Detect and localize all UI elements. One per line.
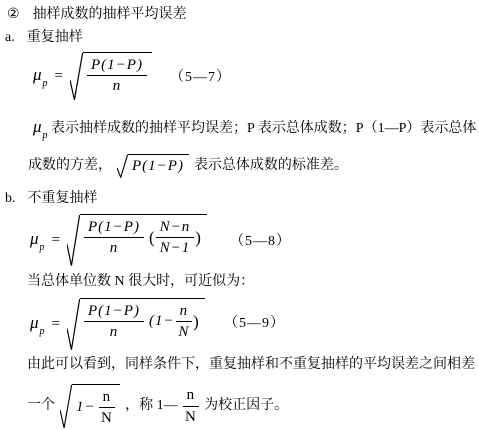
- correction-factor-line: 一个 1− n N ，称 1— n N 为校正因子。: [27, 382, 288, 430]
- radicand-fraction-numerator: n: [99, 388, 116, 409]
- radical-icon: [60, 384, 72, 429]
- correction-pre: 一个: [27, 397, 55, 415]
- close-paren: ): [195, 228, 201, 248]
- correction-fraction: n N: [183, 386, 200, 427]
- radicand-text: P(1−P): [132, 157, 184, 176]
- radicand: P(1−P) n: [83, 52, 152, 97]
- mu-symbol: μp: [33, 65, 48, 87]
- heading: ② 抽样成数的抽样平均误差: [7, 6, 187, 24]
- radicand: P(1−P) n ( N−n N−1 ): [80, 214, 207, 259]
- definition-line-1: μp 表示抽样成数的抽样平均误差；P 表示总体成数；P（1—P）表示总体: [33, 116, 476, 140]
- section-a-marker: a.: [5, 29, 15, 47]
- radical-icon: [67, 298, 80, 351]
- fraction-2-denominator: N: [178, 322, 189, 342]
- formula-5-7-label: （5—7）: [170, 66, 231, 86]
- equals-sign: =: [52, 316, 60, 333]
- close-paren: ): [193, 312, 199, 332]
- section-b-label: 不重复抽样: [28, 190, 98, 208]
- correction-post: 为校正因子。: [204, 397, 288, 415]
- correction-mid: ，称 1—: [125, 397, 178, 415]
- fraction-1-denominator: n: [110, 238, 119, 258]
- fraction-1-numerator: P(1−P): [84, 218, 144, 239]
- open-paren: (1−: [149, 313, 175, 330]
- radicand: 1− n N: [72, 384, 120, 429]
- equals-sign: =: [55, 68, 63, 85]
- equals-sign: =: [52, 232, 60, 249]
- radical-icon: [70, 52, 83, 101]
- mu-subscript: p: [43, 130, 48, 141]
- mu-subscript: p: [40, 242, 45, 253]
- correction-fraction-numerator: n: [183, 386, 200, 407]
- inline-square-root: P(1−P): [117, 154, 189, 178]
- radicand: P(1−P) n (1− n N ): [80, 298, 205, 343]
- formula-5-7: μp = P(1−P) n: [33, 51, 152, 101]
- heading-text: 抽样成数的抽样平均误差: [33, 6, 187, 24]
- fraction-2: n N: [176, 302, 193, 343]
- correction-fraction-denominator: N: [185, 407, 197, 427]
- radicand-fraction: n N: [99, 388, 116, 429]
- section-a-label: 重复抽样: [27, 29, 83, 47]
- square-root: P(1−P) n: [70, 52, 152, 101]
- mu-subscript: p: [40, 326, 45, 337]
- fraction-2-numerator: n: [176, 302, 193, 323]
- radical-icon: [67, 214, 80, 267]
- formula-5-8: μp = P(1−P) n ( N−n N−1 ): [30, 213, 207, 267]
- fraction-denominator: n: [113, 76, 122, 96]
- fraction-1: P(1−P) n: [84, 302, 144, 343]
- formula-5-9-label: （5—9）: [224, 312, 285, 332]
- fraction-2: N−n N−1: [156, 218, 195, 259]
- radicand-fraction-denominator: N: [101, 408, 113, 428]
- inline-square-root: 1− n N: [60, 384, 120, 429]
- fraction-2-numerator: N−n: [156, 218, 195, 239]
- radicand: P(1−P): [128, 154, 189, 176]
- radicand-prefix: 1−: [76, 398, 96, 417]
- formula-5-9: μp = P(1−P) n (1− n N ): [30, 297, 205, 351]
- section-a-title: a. 重复抽样: [5, 29, 83, 47]
- fraction-1-denominator: n: [110, 322, 119, 342]
- parenthesized-factor: (1− n N ): [148, 302, 200, 343]
- formula-5-8-label: （5—8）: [230, 230, 291, 250]
- approx-note: 当总体单位数 N 很大时，可近似为：: [27, 273, 254, 291]
- definition-line-2: 成数的方差， P(1−P) 表示总体成数的标准差。: [28, 151, 348, 181]
- mu-symbol: μp: [33, 121, 48, 136]
- radical-icon: [117, 154, 128, 178]
- square-root: P(1−P) n ( N−n N−1 ): [67, 214, 207, 267]
- fraction: P(1−P) n: [87, 56, 147, 97]
- definition-text-2-post: 表示总体成数的标准差。: [194, 157, 348, 175]
- parenthesized-factor: ( N−n N−1 ): [148, 218, 202, 259]
- fraction-numerator: P(1−P): [87, 56, 147, 77]
- open-paren: (: [149, 228, 155, 248]
- mu-symbol: μp: [30, 313, 45, 335]
- fraction-2-denominator: N−1: [160, 238, 191, 258]
- document-page: ② 抽样成数的抽样平均误差 a. 重复抽样 μp = P(1−P) n （5—7…: [0, 0, 479, 430]
- mu-subscript: p: [43, 78, 48, 89]
- section-b-marker: b.: [5, 190, 16, 208]
- heading-marker: ②: [7, 6, 20, 24]
- definition-text-1: 表示抽样成数的抽样平均误差；P 表示总体成数；P（1—P）表示总体: [51, 121, 476, 136]
- fraction-1: P(1−P) n: [84, 218, 144, 259]
- conclusion-text: 由此可以看到，同样条件下，重复抽样和不重复抽样的平均误差之间相差: [27, 356, 475, 374]
- fraction-1-numerator: P(1−P): [84, 302, 144, 323]
- mu-symbol: μp: [30, 229, 45, 251]
- section-b-title: b. 不重复抽样: [5, 190, 98, 208]
- definition-text-2-pre: 成数的方差，: [28, 157, 112, 175]
- square-root: P(1−P) n (1− n N ): [67, 298, 205, 351]
